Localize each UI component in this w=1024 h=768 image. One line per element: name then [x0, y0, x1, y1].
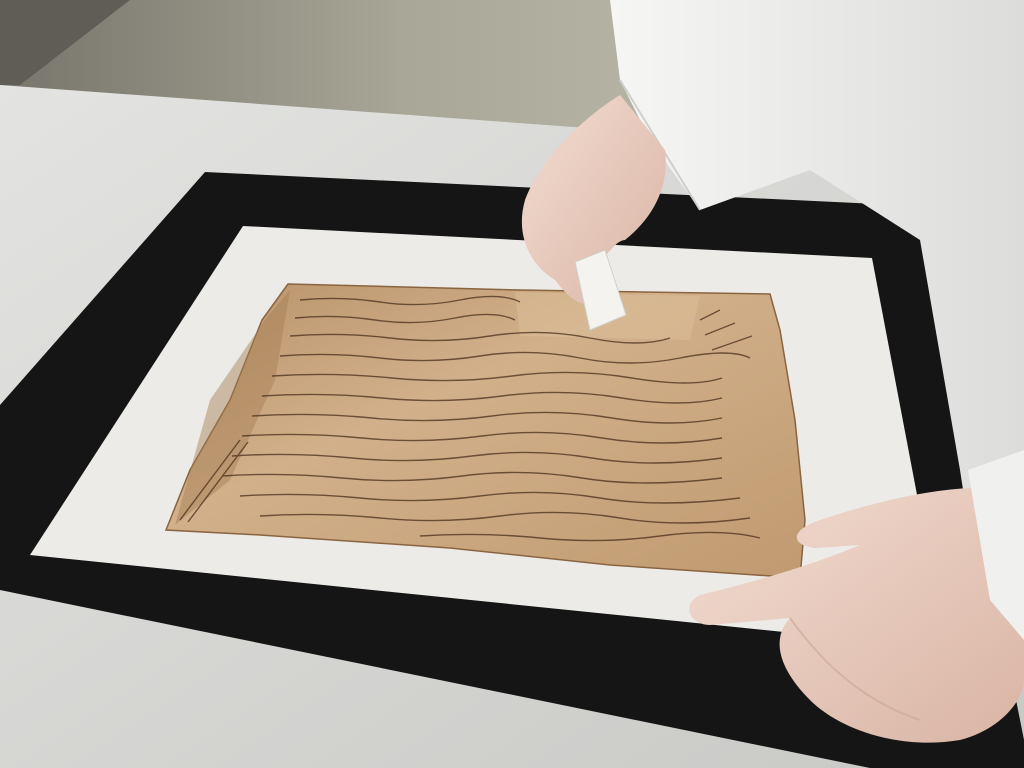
photo-scene [0, 0, 1024, 768]
manuscript-cleaning-photo [0, 0, 1024, 768]
